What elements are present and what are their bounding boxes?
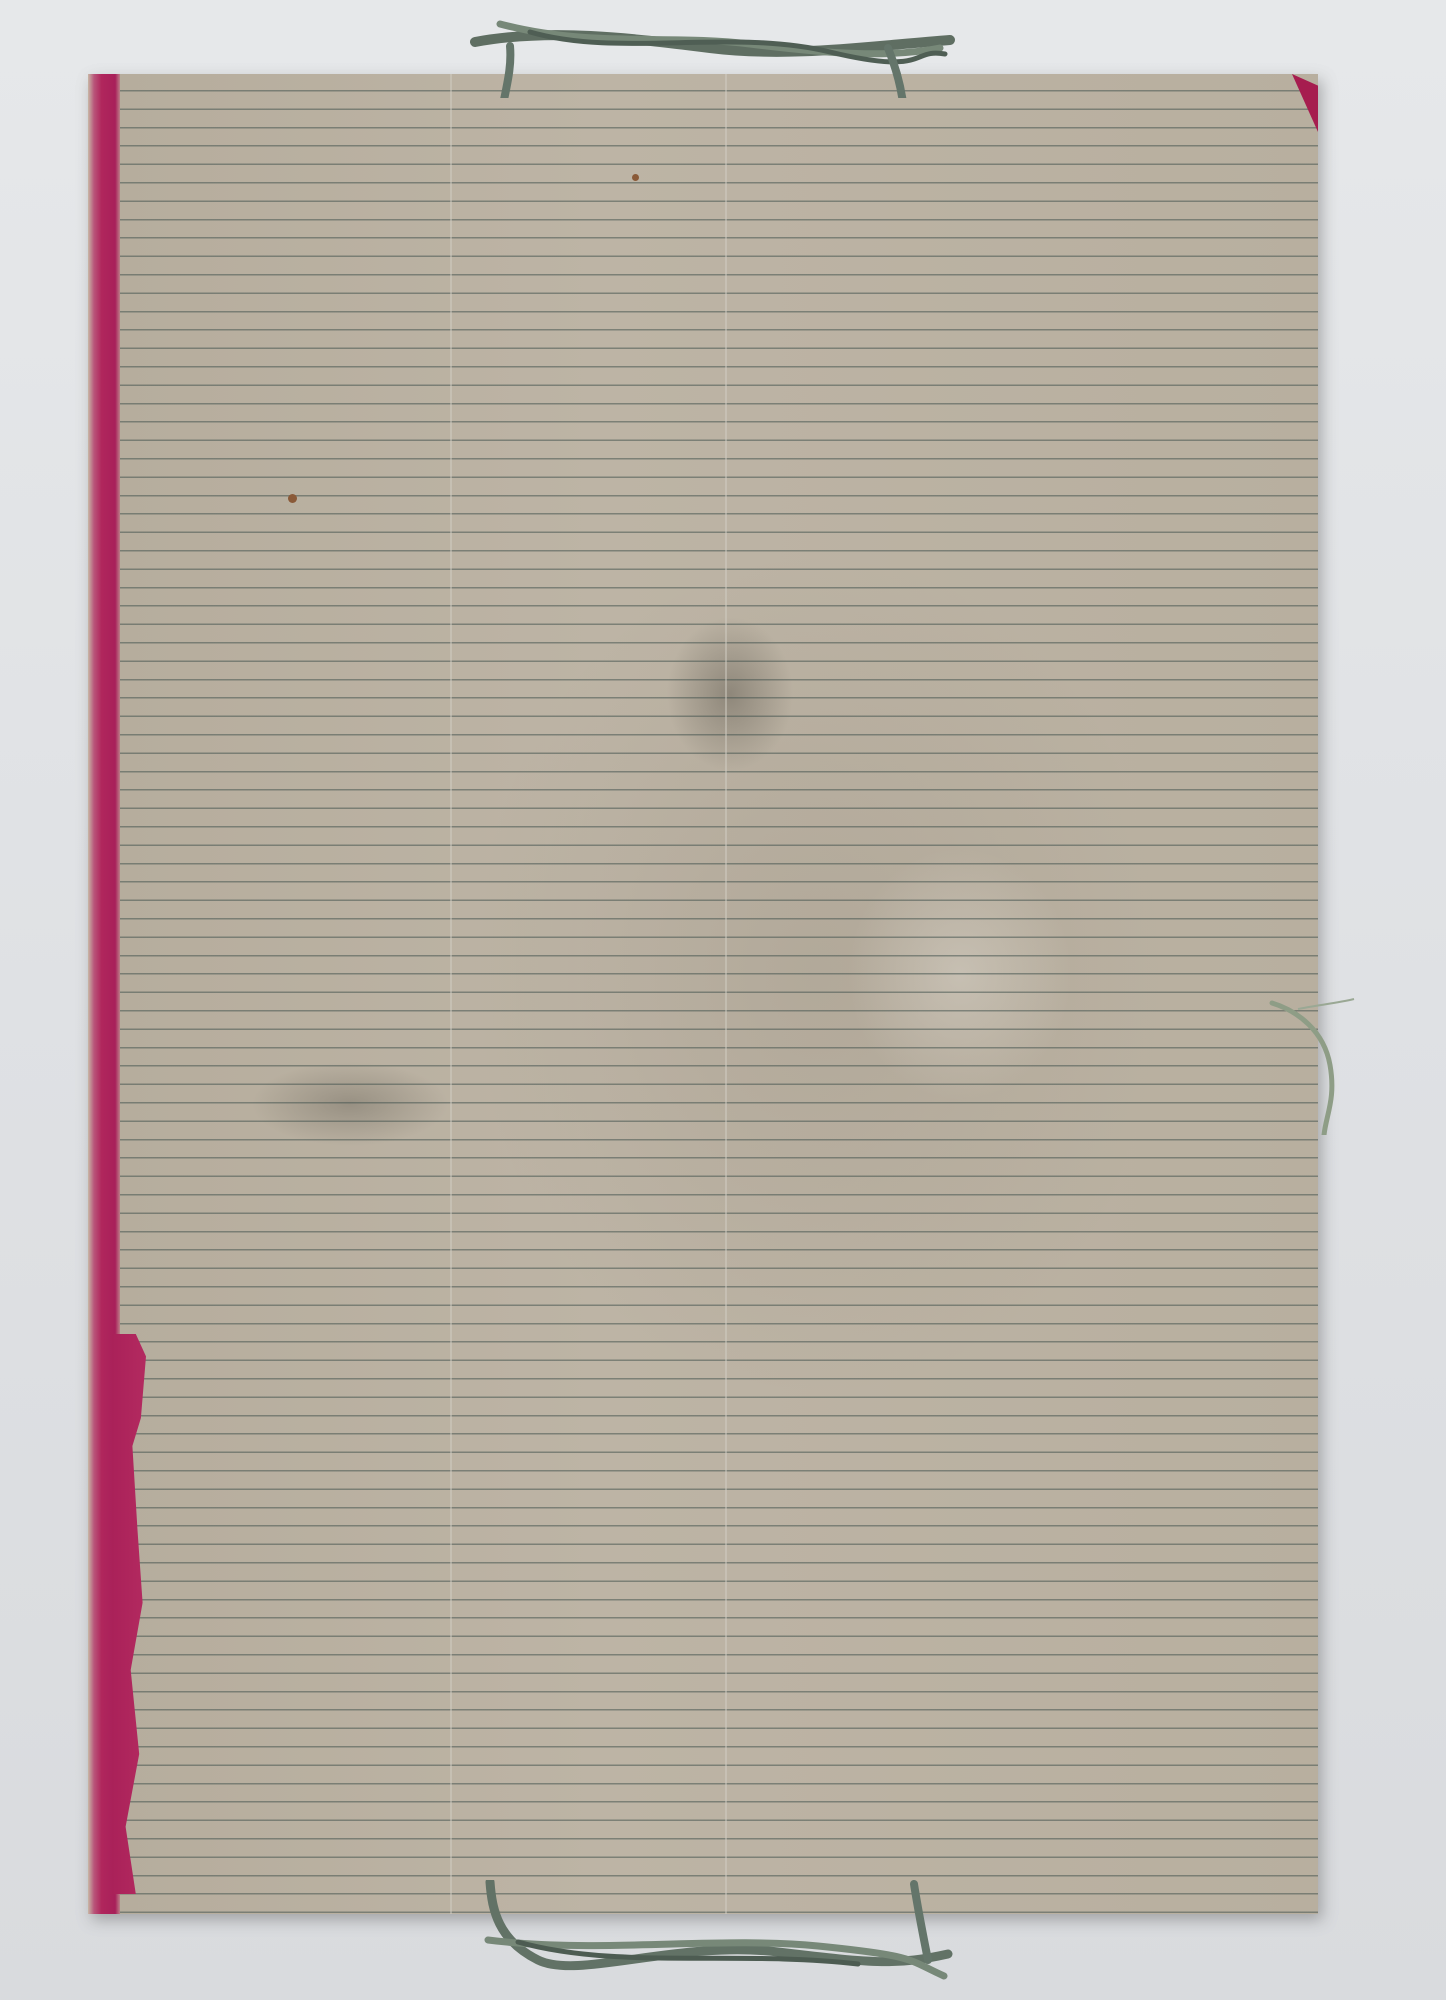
fold-line (725, 74, 727, 1914)
folder-cover (88, 74, 1318, 1914)
fold-line (450, 74, 452, 1914)
top-tie-icon (470, 18, 960, 98)
side-tie-icon (1268, 995, 1358, 1135)
bottom-tie-icon (478, 1880, 958, 1980)
corner-red-remnant (1292, 74, 1318, 132)
stain-spot (632, 174, 639, 181)
ruled-board (120, 74, 1318, 1914)
stain-spot (288, 494, 297, 503)
